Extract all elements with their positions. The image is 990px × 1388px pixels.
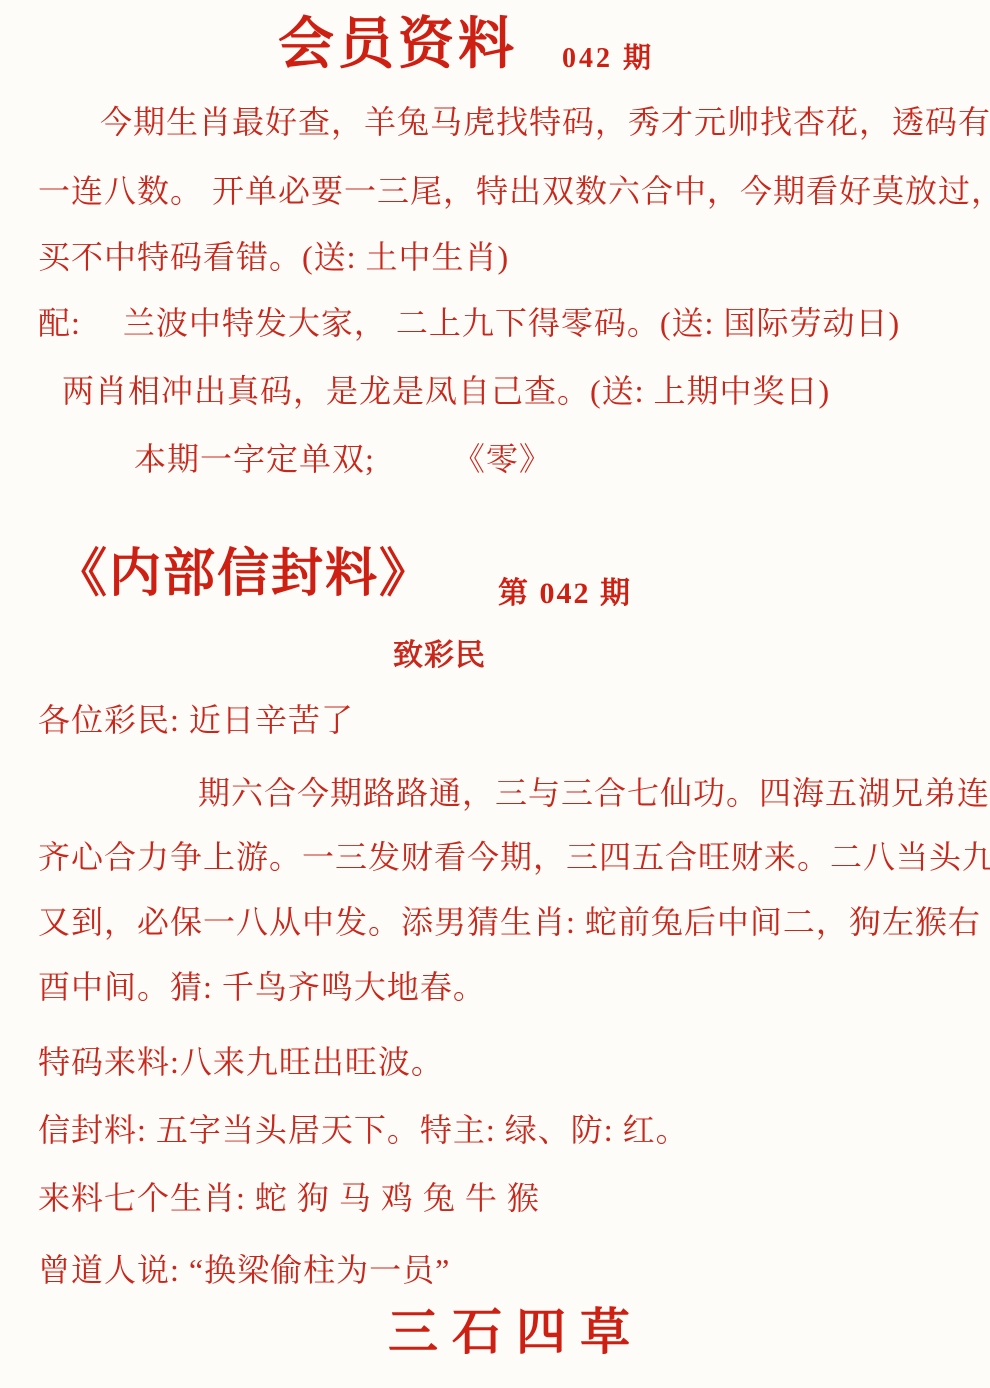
- envelope-material-line: 信封料: 五字当头居天下。特主: 绿、防: 红。: [38, 1114, 689, 1148]
- envelope-section-issue-number: 第 042 期: [498, 578, 632, 610]
- envelope-body-line-3: 又到，必保一八从中发。添男猜生肖: 蛇前兔后中间二，狗左猴右: [38, 906, 981, 940]
- master-quote-line: 曾道人说: “换梁偷柱为一员”: [38, 1254, 450, 1288]
- member-paragraph-line-3: 买不中特码看错。(送: 土中生肖): [38, 241, 509, 275]
- footer-signature: 三石四草: [388, 1306, 644, 1359]
- envelope-body-line-4: 酉中间。猜: 千鸟齐鸣大地春。: [38, 971, 486, 1005]
- envelope-body-line-1: 期六合今期路路通，三与三合七仙功。四海五湖兄弟连，: [198, 777, 990, 811]
- special-code-line: 特码来料:八来九旺出旺波。: [38, 1046, 444, 1080]
- envelope-section-title: 《内部信封料》: [55, 548, 433, 603]
- document-page: 会员资料 042 期 今期生肖最好查，羊兔马虎找特码，秀才元帅找杏花，透码有 一…: [0, 0, 990, 1388]
- odd-even-answer: 《零》: [453, 443, 552, 477]
- envelope-body-line-2: 齐心合力争上游。一三发财看今期，三四五合旺财来。二八当头九: [38, 841, 990, 875]
- two-zodiac-tip-line: 两肖相冲出真码，是龙是凤自己查。(送: 上期中奖日): [62, 375, 830, 409]
- salutation: 致彩民: [393, 640, 486, 672]
- member-paragraph-line-2: 一连八数。 开单必要一三尾，特出双数六合中，今期看好莫放过，: [38, 175, 990, 209]
- odd-even-tip-line: 本期一字定单双;《零》: [134, 443, 552, 477]
- pei-tip-line: 配: 兰波中特发大家， 二上九下得零码。(送: 国际劳动日): [38, 307, 900, 341]
- member-paragraph-line-1: 今期生肖最好查，羊兔马虎找特码，秀才元帅找杏花，透码有: [100, 106, 990, 140]
- greeting-line: 各位彩民: 近日辛苦了: [38, 704, 354, 738]
- zodiac-list-line: 来料七个生肖: 蛇 狗 马 鸡 兔 牛 猴: [38, 1182, 540, 1216]
- member-section-issue-number: 042 期: [562, 44, 654, 73]
- member-section-title: 会员资料: [278, 16, 518, 75]
- odd-even-tip-text: 本期一字定单双;: [134, 441, 375, 477]
